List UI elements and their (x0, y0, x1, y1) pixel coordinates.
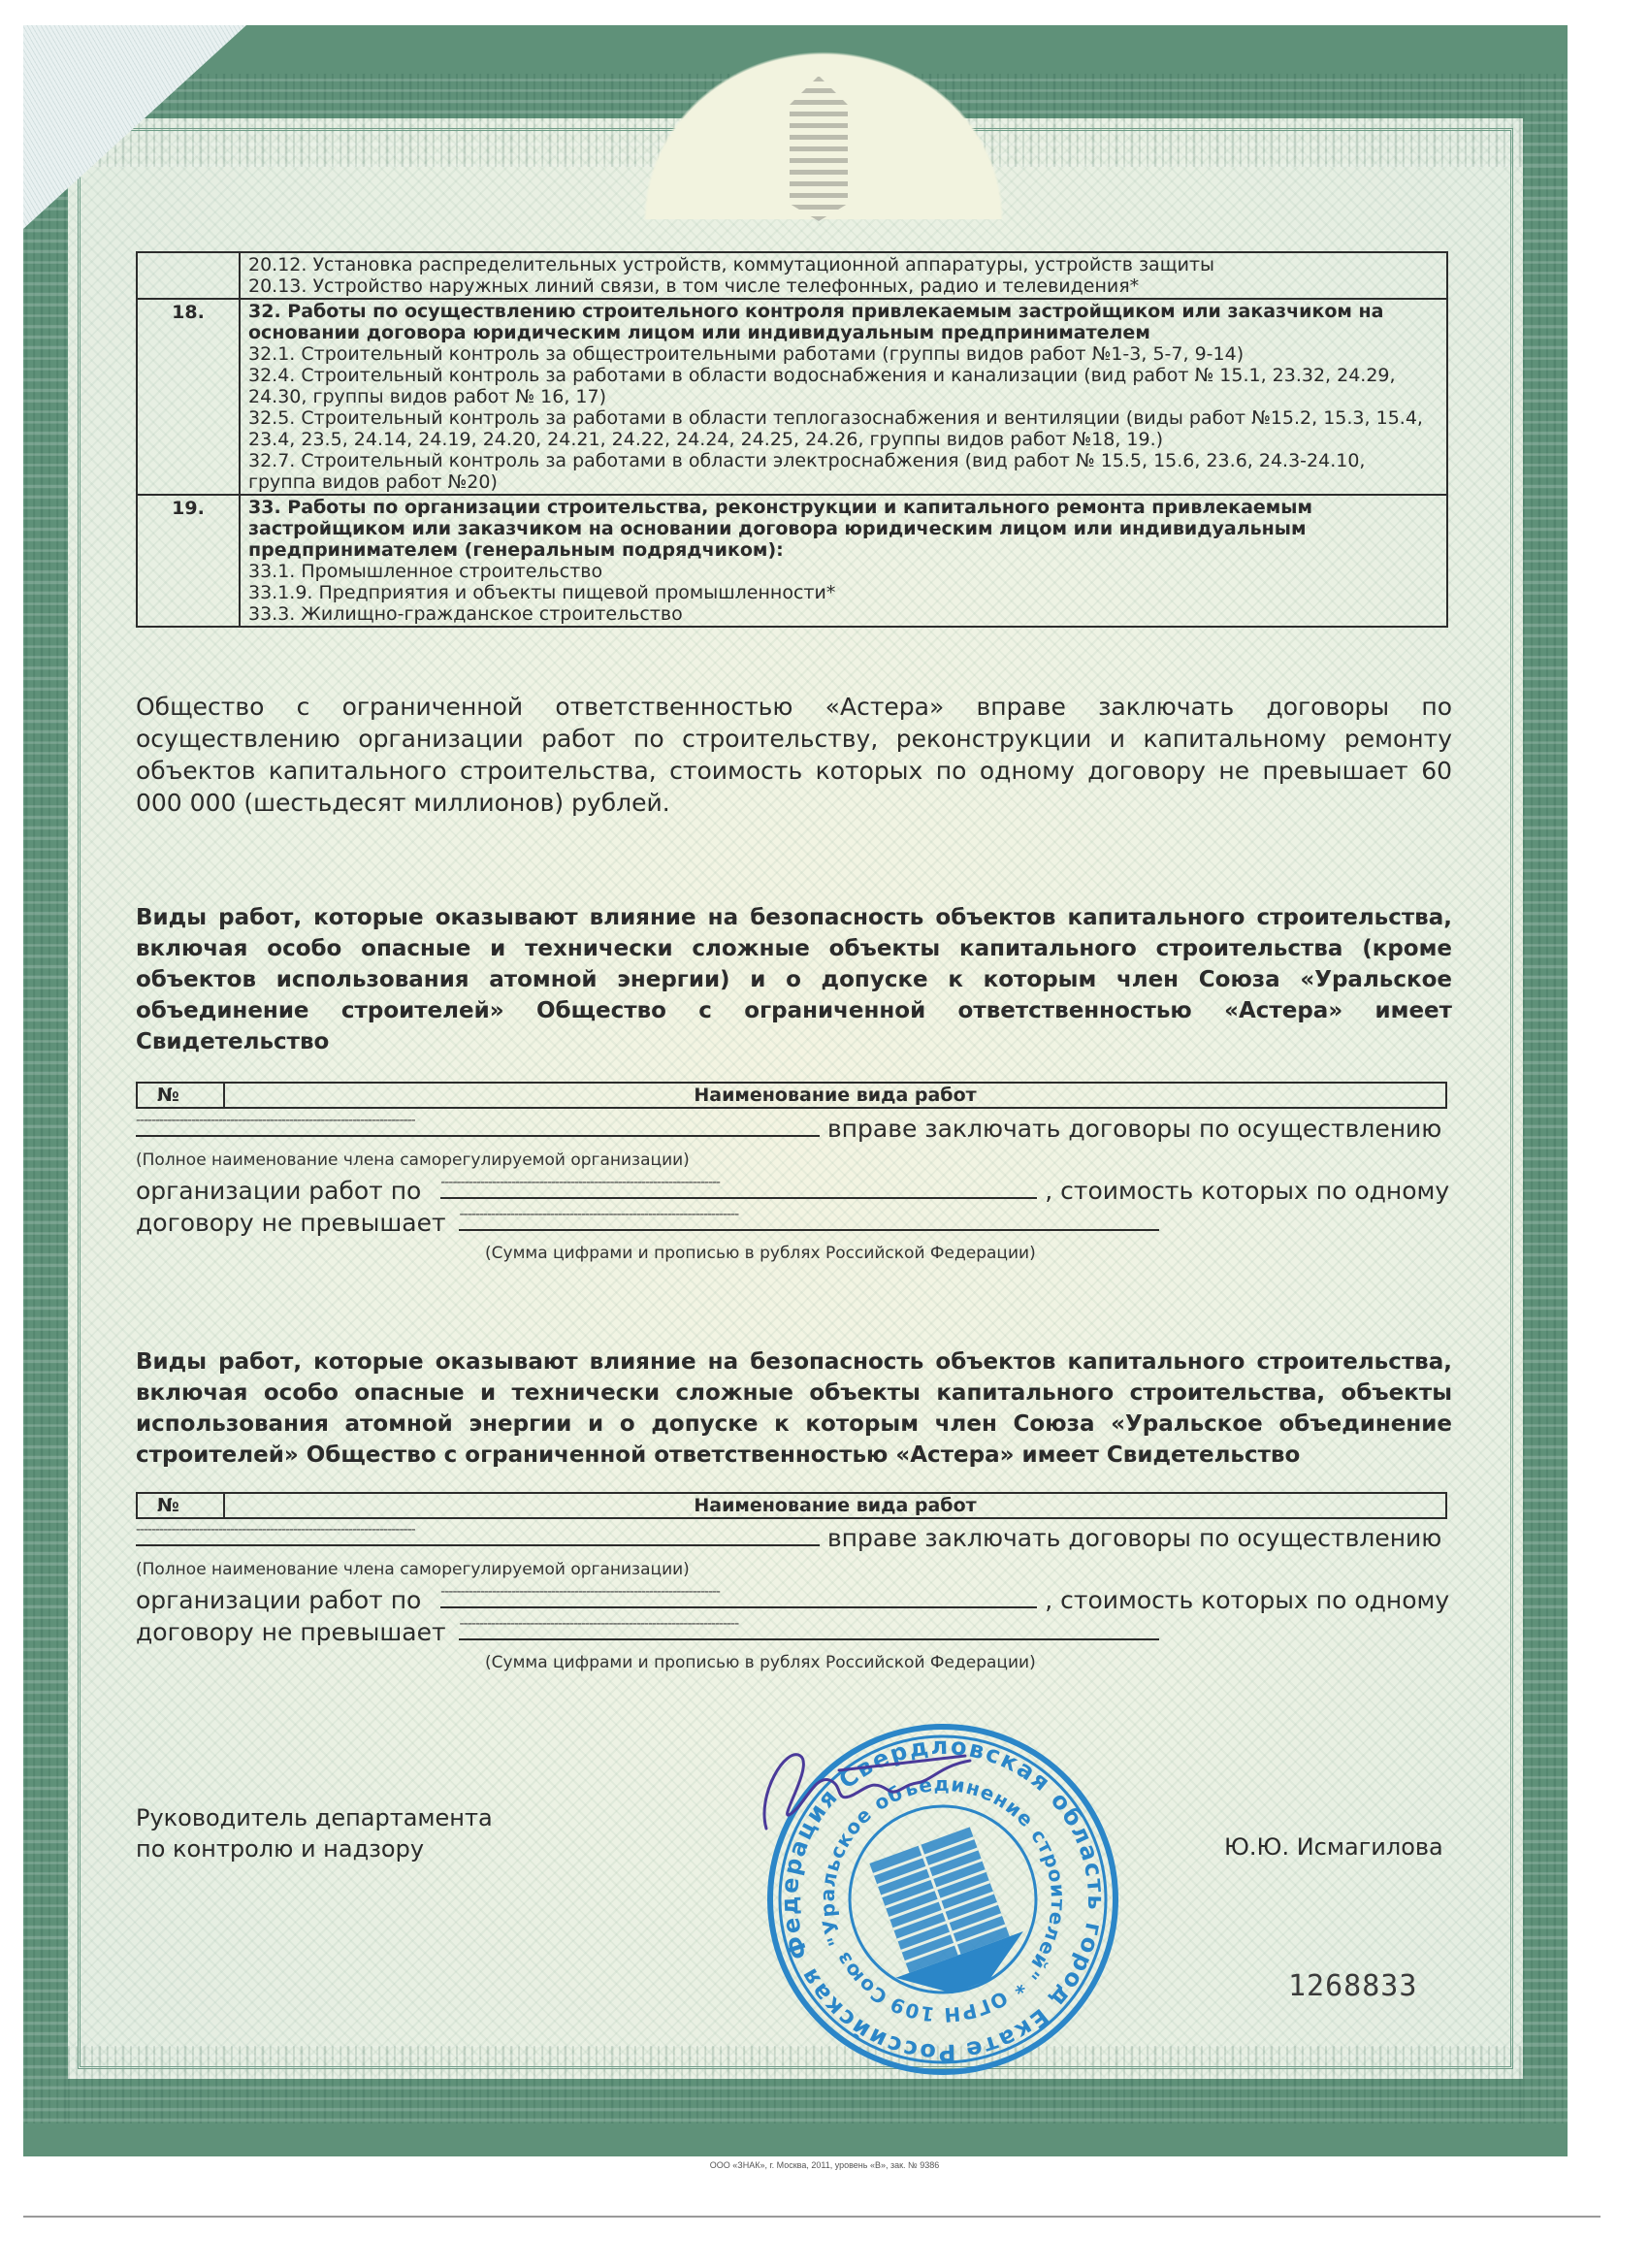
row-content: 33. Работы по организации строительства,… (240, 495, 1447, 627)
works-type-prefix: организации работ по (136, 1586, 421, 1614)
row-number (137, 252, 240, 299)
row-number: 18. (137, 299, 240, 495)
works-type-field: ----------------------------------------… (440, 1585, 1037, 1608)
column-header-number: № (137, 1493, 224, 1518)
works-type-suffix: , стоимость которых по одному (1045, 1586, 1449, 1614)
member-line: ----------------------------------------… (136, 1114, 1441, 1144)
work-item: 20.13. Устройство наружных линий связи, … (248, 275, 1439, 297)
member-name-caption: (Полное наименование члена саморегулируе… (136, 1150, 690, 1170)
work-item: 32.1. Строительный контроль за общестрои… (248, 343, 1439, 365)
contract-limit-paragraph: Общество с ограниченной ответственностью… (136, 691, 1452, 819)
works-type-prefix: организации работ по (136, 1177, 421, 1205)
table-row: 18.32. Работы по осуществлению строитель… (137, 299, 1447, 495)
max-cost-field: ----------------------------------------… (459, 1208, 1159, 1231)
signer-name: Ю.Ю. Исмагилова (1224, 1833, 1443, 1861)
serial-number: 1268833 (1288, 1969, 1417, 2003)
nuclear-works-table: № Наименование вида работ (136, 1492, 1447, 1519)
works-type-line: организации работ по -------------------… (136, 1585, 1449, 1615)
member-line-suffix: вправе заключать договоры по осуществлен… (827, 1115, 1441, 1143)
member-line: ----------------------------------------… (136, 1523, 1441, 1553)
sum-caption: (Сумма цифрами и прописью в рублях Росси… (485, 1244, 1036, 1263)
max-cost-line: договору не превышает ------------------… (136, 1617, 1159, 1647)
column-header-number: № (137, 1083, 224, 1108)
table-row: 20.12. Установка распределительных устро… (137, 252, 1447, 299)
work-item: 33.1. Промышленное строительство (248, 561, 1439, 582)
works-table: 20.12. Установка распределительных устро… (136, 251, 1448, 628)
works-type-field: ----------------------------------------… (440, 1176, 1037, 1199)
building-emblem-icon (790, 76, 848, 221)
hazardous-works-table: № Наименование вида работ (136, 1082, 1447, 1109)
section-hazardous-heading: Виды работ, которые оказывают влияние на… (136, 902, 1452, 1057)
row-content: 32. Работы по осуществлению строительног… (240, 299, 1447, 495)
member-line-suffix: вправе заключать договоры по осуществлен… (827, 1524, 1441, 1552)
signer-position-line1: Руководитель департамента (136, 1802, 493, 1833)
table-row: 19.33. Работы по организации строительст… (137, 495, 1447, 627)
page-edge (23, 2216, 1600, 2218)
work-item: 32.4. Строительный контроль за работами … (248, 365, 1439, 407)
work-item: 33.3. Жилищно-гражданское строительство (248, 603, 1439, 625)
work-item: 32.7. Строительный контроль за работами … (248, 450, 1439, 493)
works-type-line: организации работ по -------------------… (136, 1176, 1449, 1206)
column-header-name: Наименование вида работ (224, 1493, 1446, 1518)
handwritten-signature (747, 1736, 980, 1843)
works-type-suffix: , стоимость которых по одному (1045, 1177, 1449, 1205)
work-group-heading: 33. Работы по организации строительства,… (248, 497, 1439, 561)
work-item: 33.1.9. Предприятия и объекты пищевой пр… (248, 582, 1439, 603)
max-cost-field: ----------------------------------------… (459, 1617, 1159, 1640)
printer-imprint: ООО «ЗНАК», г. Москва, 2011, уровень «В»… (0, 2160, 1649, 2170)
member-name-field: ----------------------------------------… (136, 1523, 820, 1546)
max-cost-prefix: договору не превышает (136, 1209, 446, 1237)
work-group-heading: 32. Работы по осуществлению строительног… (248, 301, 1439, 343)
work-item: 32.5. Строительный контроль за работами … (248, 407, 1439, 450)
max-cost-line: договору не превышает ------------------… (136, 1208, 1159, 1238)
section-nuclear-heading: Виды работ, которые оказывают влияние на… (136, 1346, 1452, 1471)
row-content: 20.12. Установка распределительных устро… (240, 252, 1447, 299)
work-item: 20.12. Установка распределительных устро… (248, 254, 1439, 275)
member-name-field: ----------------------------------------… (136, 1114, 820, 1137)
sum-caption: (Сумма цифрами и прописью в рублях Росси… (485, 1653, 1036, 1672)
signer-position: Руководитель департамента по контролю и … (136, 1802, 493, 1864)
signer-position-line2: по контролю и надзору (136, 1833, 493, 1864)
column-header-name: Наименование вида работ (224, 1083, 1446, 1108)
row-number: 19. (137, 495, 240, 627)
max-cost-prefix: договору не превышает (136, 1618, 446, 1646)
member-name-caption: (Полное наименование члена саморегулируе… (136, 1560, 690, 1579)
